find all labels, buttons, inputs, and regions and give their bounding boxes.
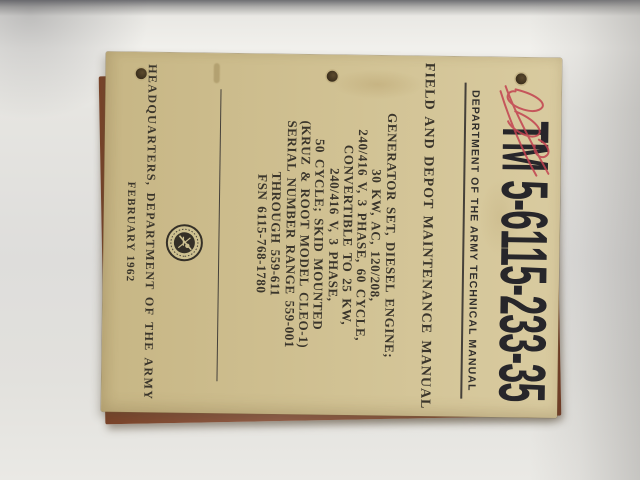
title-line: FIELD AND DEPOT MAINTENANCE MANUAL [417,56,436,416]
title-block: FIELD AND DEPOT MAINTENANCE MANUAL GENER… [252,54,436,416]
photo-background: TM 5-6115-233-35 DEPARTMENT OF THE ARMY … [0,0,640,480]
paper-stain [214,63,220,83]
footer-rule [216,89,221,381]
department-line: DEPARTMENT OF THE ARMY TECHNICAL MANUAL [465,81,481,401]
manual-cover: TM 5-6115-233-35 DEPARTMENT OF THE ARMY … [101,52,562,418]
manual-cover-wrap: TM 5-6115-233-35 DEPARTMENT OF THE ARMY … [99,58,562,428]
date-line: FEBRUARY 1962 [122,52,139,412]
army-seal-icon [165,223,204,262]
headquarters-line: HEADQUARTERS, DEPARTMENT OF THE ARMY [140,52,160,412]
red-handwriting-annotation [492,81,561,186]
